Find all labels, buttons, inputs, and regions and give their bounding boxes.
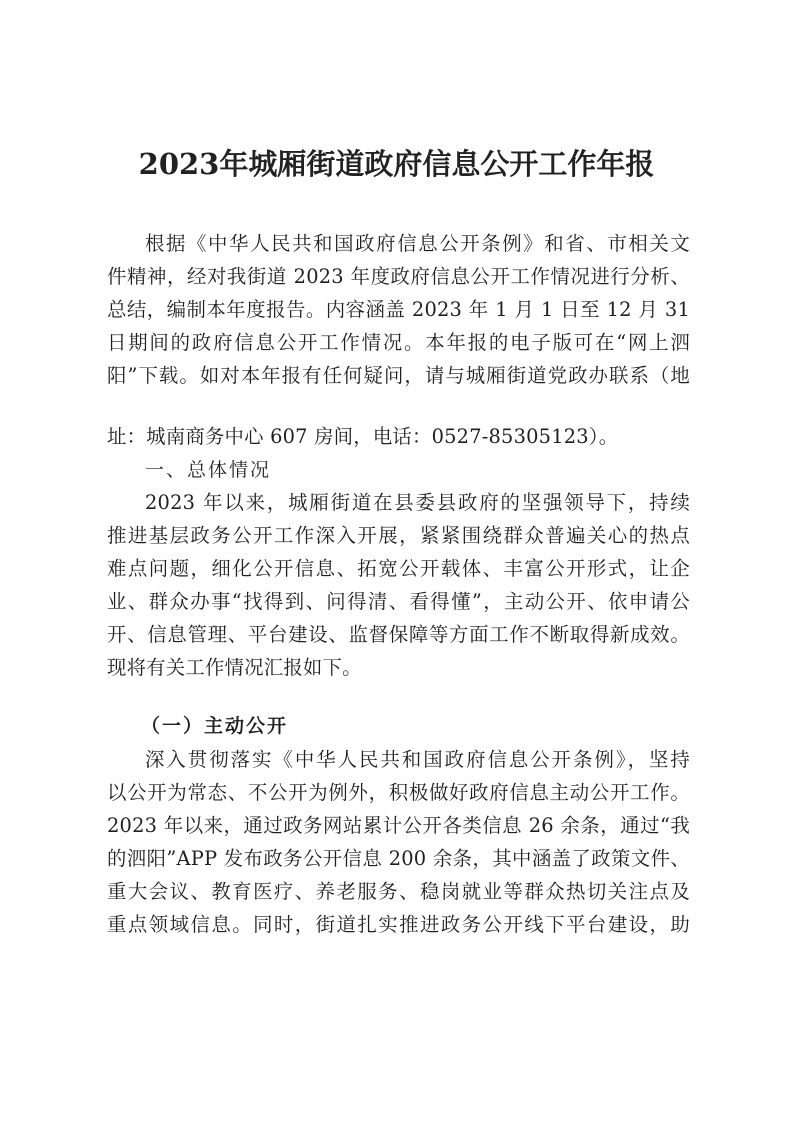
intro-line-6: 址：城南商务中心 607 房间，电话：0527-85305123）。 (107, 421, 690, 453)
intro-line-2: 件精神，经对我街道 2023 年度政府信息公开工作情况进行分析、 (107, 261, 690, 293)
section1-line-5: 开、信息管理、平台建设、监督保障等方面工作不断取得新成效。 (107, 619, 690, 651)
section1-line-2: 推进基层政务公开工作深入开展，紧紧围绕群众普遍关心的热点 (107, 520, 690, 552)
section1-line-6: 现将有关工作情况汇报如下。 (107, 652, 690, 684)
section-heading-overview: 一、总体情况 (145, 454, 271, 486)
section1-line-3: 难点问题，细化公开信息、拓宽公开载体、丰富公开形式，让企 (107, 553, 690, 585)
subsection1-line-3: 2023 年以来，通过政务网站累计公开各类信息 26 余条，通过“我 (107, 810, 690, 842)
section1-line-1: 2023 年以来，城厢街道在县委县政府的坚强领导下，持续 (145, 487, 690, 519)
subsection1-line-4: 的泗阳”APP 发布政务公开信息 200 余条，其中涵盖了政策文件、 (107, 843, 690, 875)
intro-line-5: 阳”下载。如对本年报有任何疑问，请与城厢街道党政办联系（地 (107, 360, 690, 392)
section1-line-4: 业、群众办事“找得到、问得清、看得懂”，主动公开、依申请公 (107, 586, 690, 618)
document-page: 2023年城厢街道政府信息公开工作年报 根据《中华人民共和国政府信息公开条例》和… (0, 0, 793, 1122)
subsection1-line-2: 以公开为常态、不公开为例外，积极做好政府信息主动公开工作。 (107, 777, 690, 809)
subsection1-line-5: 重大会议、教育医疗、养老服务、稳岗就业等群众热切关注点及 (107, 876, 690, 908)
intro-line-1: 根据《中华人民共和国政府信息公开条例》和省、市相关文 (145, 228, 690, 260)
subsection-heading-proactive-disclosure: （一）主动公开 (141, 710, 288, 742)
intro-line-4: 日期间的政府信息公开工作情况。本年报的电子版可在“网上泗 (107, 327, 690, 359)
page-title: 2023年城厢街道政府信息公开工作年报 (0, 142, 793, 186)
intro-line-3: 总结，编制本年度报告。内容涵盖 2023 年 1 月 1 日至 12 月 31 (107, 294, 690, 326)
subsection1-line-6: 重点领域信息。同时，街道扎实推进政务公开线下平台建设，助 (107, 909, 690, 941)
subsection1-line-1: 深入贯彻落实《中华人民共和国政府信息公开条例》，坚持 (145, 744, 690, 776)
